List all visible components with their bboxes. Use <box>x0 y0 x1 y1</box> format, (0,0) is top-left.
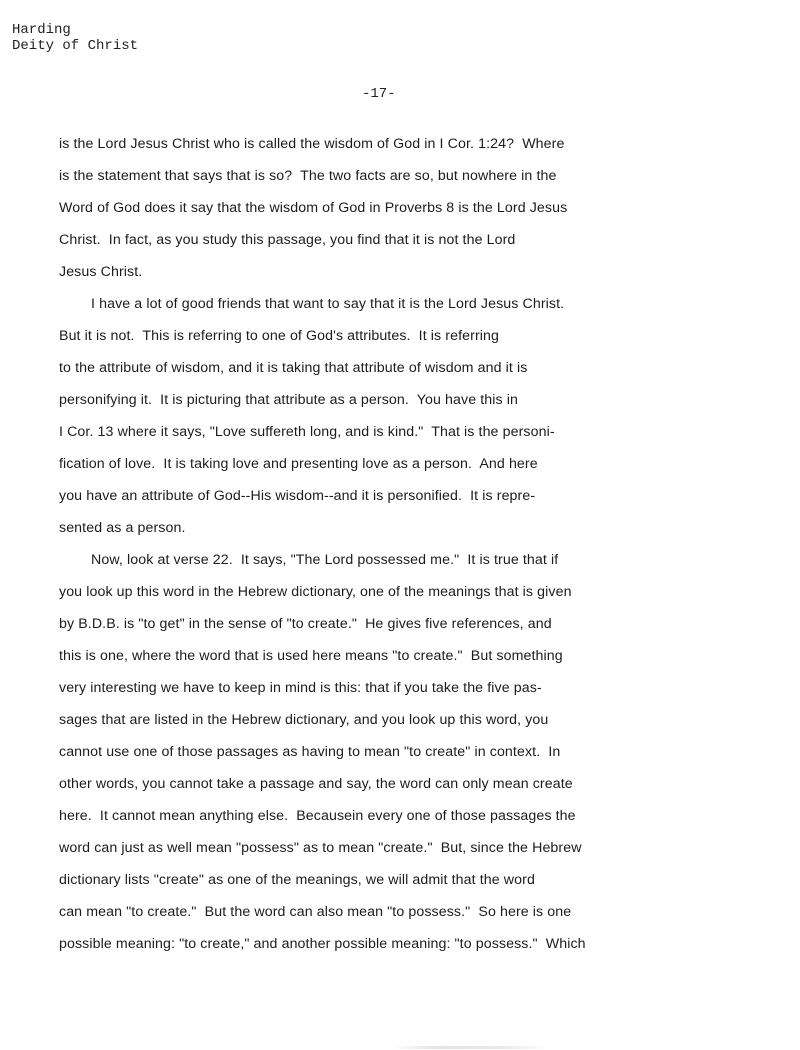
document-header: Harding Deity of Christ <box>12 22 138 54</box>
header-author: Harding <box>12 22 138 38</box>
text-line: word can just as well mean "possess" as … <box>59 832 759 864</box>
text-line: possible meaning: "to create," and anoth… <box>59 928 759 960</box>
text-line: you look up this word in the Hebrew dict… <box>59 576 759 608</box>
text-line: other words, you cannot take a passage a… <box>59 768 759 800</box>
text-line: can mean "to create." But the word can a… <box>59 896 759 928</box>
text-line: cannot use one of those passages as havi… <box>59 736 759 768</box>
scan-artifact <box>390 1046 550 1049</box>
text-line: sages that are listed in the Hebrew dict… <box>59 704 759 736</box>
text-line: here. It cannot mean anything else. Beca… <box>59 800 759 832</box>
text-line: dictionary lists "create" as one of the … <box>59 864 759 896</box>
text-line: I have a lot of good friends that want t… <box>59 288 759 320</box>
text-line: I Cor. 13 where it says, "Love suffereth… <box>59 416 759 448</box>
text-line: to the attribute of wisdom, and it is ta… <box>59 352 759 384</box>
text-line: Jesus Christ. <box>59 256 759 288</box>
document-body: is the Lord Jesus Christ who is called t… <box>59 128 759 960</box>
page-number: -17- <box>362 86 396 102</box>
text-line: fication of love. It is taking love and … <box>59 448 759 480</box>
text-line: Christ. In fact, as you study this passa… <box>59 224 759 256</box>
paragraph: is the Lord Jesus Christ who is called t… <box>59 128 759 288</box>
text-line: But it is not. This is referring to one … <box>59 320 759 352</box>
text-line: very interesting we have to keep in mind… <box>59 672 759 704</box>
text-line: is the Lord Jesus Christ who is called t… <box>59 128 759 160</box>
text-line: is the statement that says that is so? T… <box>59 160 759 192</box>
header-title: Deity of Christ <box>12 38 138 54</box>
text-line: you have an attribute of God--His wisdom… <box>59 480 759 512</box>
text-line: this is one, where the word that is used… <box>59 640 759 672</box>
text-line: Now, look at verse 22. It says, "The Lor… <box>59 544 759 576</box>
text-line: personifying it. It is picturing that at… <box>59 384 759 416</box>
text-line: by B.D.B. is "to get" in the sense of "t… <box>59 608 759 640</box>
text-line: Word of God does it say that the wisdom … <box>59 192 759 224</box>
text-line: sented as a person. <box>59 512 759 544</box>
paragraph: Now, look at verse 22. It says, "The Lor… <box>59 544 759 960</box>
paragraph: I have a lot of good friends that want t… <box>59 288 759 544</box>
